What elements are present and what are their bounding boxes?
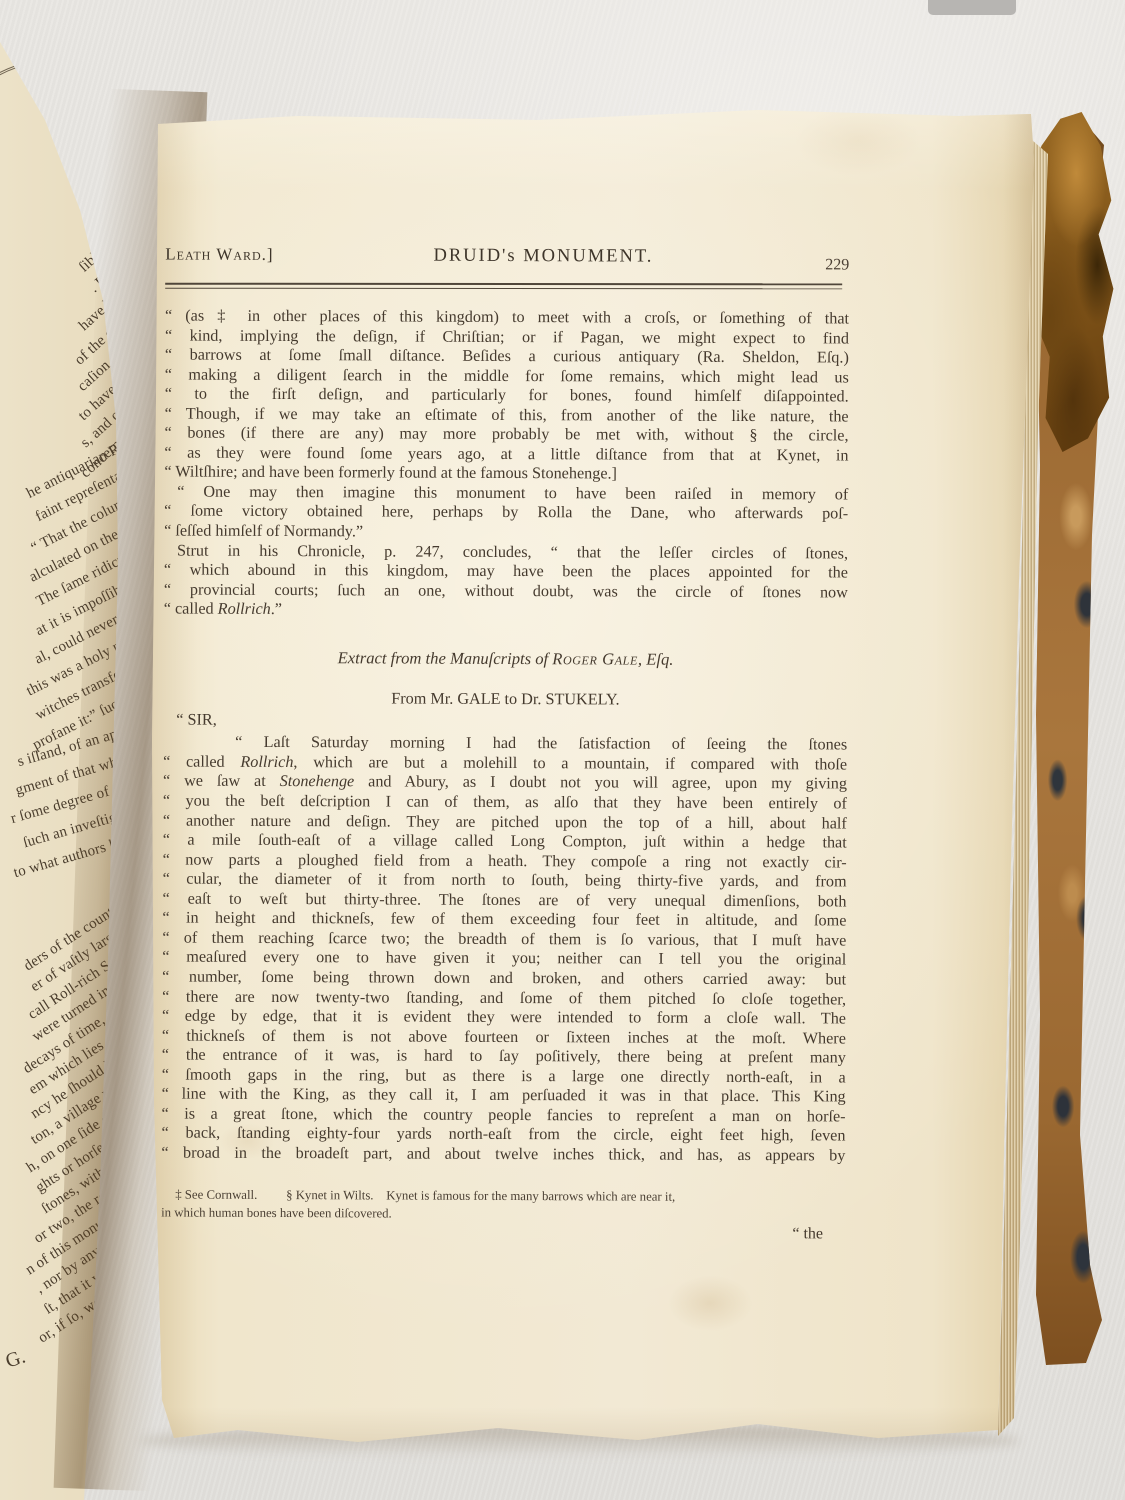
body-text: “ (as ‡ in other places of this kingdom)…: [161, 307, 849, 1166]
book-photograph: [Leathof ſtones, andſible enough th. But…: [0, 0, 1125, 1500]
signature-mark: G.: [3, 1346, 29, 1374]
background-object: [928, 0, 1016, 15]
page-content: Leath Ward.] DRUID's MONUMENT. 229 “ (as…: [166, 99, 850, 102]
header-ward-label: Leath Ward.]: [165, 245, 273, 265]
rule-thick-line: [165, 283, 842, 286]
book-page: Leath Ward.] DRUID's MONUMENT. 229 “ (as…: [118, 100, 1043, 1452]
text-line: From Mr. GALE to Dr. STUKELY.: [163, 689, 847, 712]
text-line: ‡ See Cornwall. § Kynet in Wilts. Kynet …: [161, 1186, 845, 1206]
text-line: Extract from the Manuſcripts of Roger Ga…: [164, 647, 848, 670]
catchword: “ the: [792, 1225, 823, 1243]
header-title: DRUID's MONUMENT.: [433, 246, 653, 268]
text-line: “ broad in the broadeſt part, and about …: [161, 1143, 845, 1166]
rule-thin-line: [165, 287, 842, 289]
double-rule: [165, 283, 842, 289]
text-line: “ called Rollrich.”: [164, 600, 848, 623]
text-line: “ SIR,: [163, 710, 847, 733]
text-line: in which human bones have been diſcovere…: [161, 1204, 845, 1224]
running-header: Leath Ward.] DRUID's MONUMENT. 229: [165, 245, 849, 269]
page-number: 229: [825, 256, 849, 274]
footnotes: ‡ See Cornwall. § Kynet in Wilts. Kynet …: [161, 1186, 845, 1224]
